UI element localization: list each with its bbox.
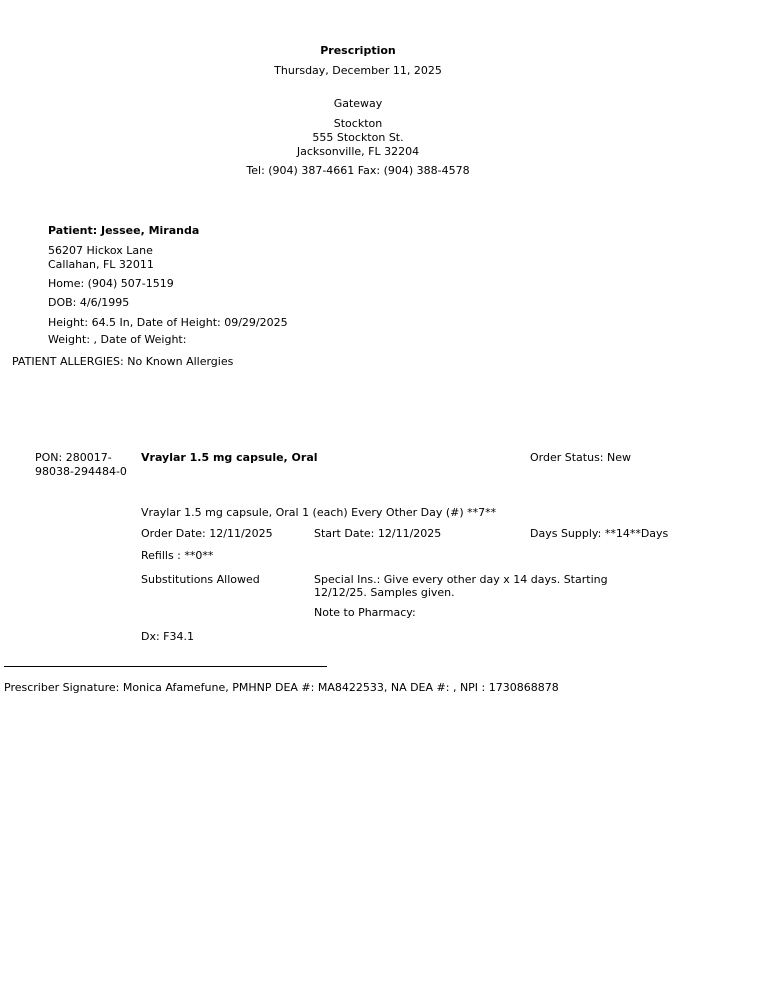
patient-address-line1: 56207 Hickox Lane xyxy=(48,244,153,257)
special-instructions-line2: 12/12/25. Samples given. xyxy=(314,586,455,599)
clinic-address-line2: Jacksonville, FL 32204 xyxy=(0,145,716,158)
patient-dob: DOB: 4/6/1995 xyxy=(48,296,129,309)
pon-number-line2: 98038-294484-0 xyxy=(35,465,127,478)
patient-address-line2: Callahan, FL 32011 xyxy=(48,258,154,271)
substitutions: Substitutions Allowed xyxy=(141,573,260,586)
patient-height: Height: 64.5 In, Date of Height: 09/29/2… xyxy=(48,316,288,329)
clinic-address-line1: 555 Stockton St. xyxy=(0,131,716,144)
note-to-pharmacy: Note to Pharmacy: xyxy=(314,606,416,619)
signature-line xyxy=(4,666,327,667)
diagnosis-code: Dx: F34.1 xyxy=(141,630,194,643)
patient-weight: Weight: , Date of Weight: xyxy=(48,333,186,346)
clinic-contact: Tel: (904) 387-4661 Fax: (904) 388-4578 xyxy=(0,164,716,177)
refills: Refills : **0** xyxy=(141,549,213,562)
clinic-name: Gateway xyxy=(0,97,716,110)
special-instructions-line1: Special Ins.: Give every other day x 14 … xyxy=(314,573,608,586)
start-date: Start Date: 12/11/2025 xyxy=(314,527,441,540)
prescriber-signature: Prescriber Signature: Monica Afamefune, … xyxy=(4,681,559,694)
pon-number-line1: PON: 280017- xyxy=(35,451,112,464)
patient-name: Patient: Jessee, Miranda xyxy=(48,224,199,237)
document-title: Prescription xyxy=(0,44,716,57)
patient-allergies: PATIENT ALLERGIES: No Known Allergies xyxy=(12,355,233,368)
patient-home-phone: Home: (904) 507-1519 xyxy=(48,277,174,290)
days-supply: Days Supply: **14**Days xyxy=(530,527,668,540)
order-date: Order Date: 12/11/2025 xyxy=(141,527,273,540)
document-date: Thursday, December 11, 2025 xyxy=(0,64,716,77)
drug-title: Vraylar 1.5 mg capsule, Oral xyxy=(141,451,318,464)
sig-line: Vraylar 1.5 mg capsule, Oral 1 (each) Ev… xyxy=(141,506,496,519)
location-name: Stockton xyxy=(0,117,716,130)
order-status: Order Status: New xyxy=(530,451,631,464)
